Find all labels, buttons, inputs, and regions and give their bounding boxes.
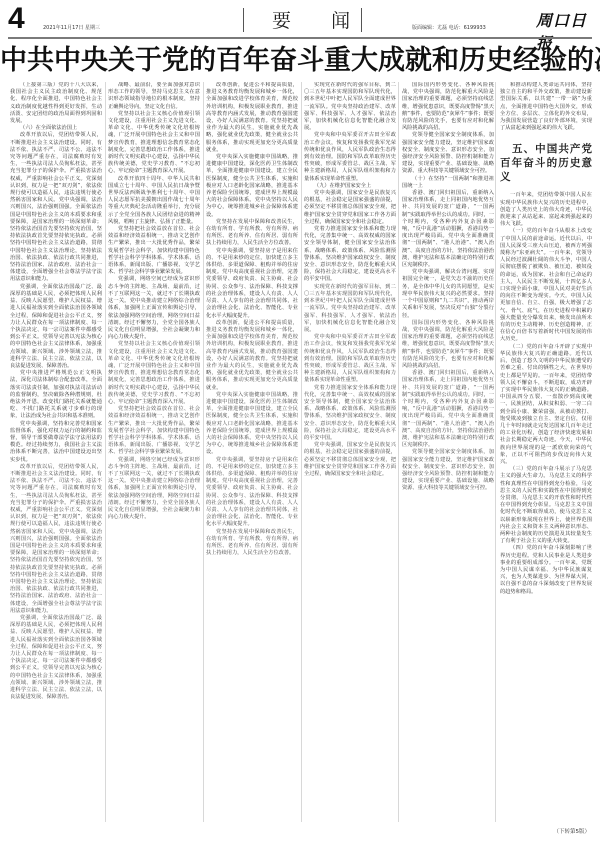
section-char-2: 闻 — [331, 6, 352, 33]
paragraph: 实现党在新时代的强军目标，到二〇三五年基本实现国防和军队现代化，到本世纪中叶把人… — [304, 284, 396, 334]
paragraph: 香港、澳门回归祖国后，重新纳入国家治理体系，走上同祖国内地优势互补、共同发展的宽… — [402, 190, 494, 269]
section-char-1: 要 — [272, 6, 293, 33]
paragraph: 党强调，全面依法治国最广泛、最深厚的基础是人民，必须把体现人民利益、反映人民愿望… — [10, 615, 102, 701]
subsection-heading: （九）在维护国家安全上 — [304, 183, 396, 190]
paragraph: （四）党的百年奋斗深刻影响了世界历史进程。党和人民事业是人类进步事业的重要组成部… — [500, 545, 592, 595]
paragraph: 香港、澳门回归祖国后，重新纳入国家治理体系，走上同祖国内地优势互补、共同发展的宽… — [402, 370, 494, 449]
paragraph: 国际国内形势变化、各种风险挑战，党中央强调，防范化解重大风险是国家治理的重要课题… — [402, 320, 494, 370]
main-headline: 中共中央关于党的百年奋斗重大成就和历史经验的决议 — [0, 44, 600, 78]
paragraph: 改革开放以后，党团结带领人民，不断推进社会主义法治建设。同时，有法不依、执法不严… — [10, 132, 102, 283]
paragraph: 党中央强调，要坚持房子是用来住的、不是用来炒的定位，加快建立多主体供给、多渠道保… — [206, 457, 298, 529]
paragraph: （上接第三版）党的十八大以来，我国社会主义民主政治制度化、规范化、程序化全面推进… — [10, 82, 102, 125]
paragraph: 实现党在新时代的强军目标，到二〇三五年基本实现国防和军队现代化，到本世纪中叶把人… — [304, 82, 396, 132]
paragraph: 党中央强调，解决台湾问题、实现祖国完全统一，是党矢志不渝的历史任务，是全体中华儿… — [402, 269, 494, 319]
paragraph: 党中央强调，坚持和完善党和国家监督体系，强化对权力运行的制约和监督，领导干部要做… — [10, 421, 102, 464]
paragraph: 党中央和中央军委召开古田全军政治工作会议，恢复和发扬我党我军光荣传统和优良作风，… — [304, 132, 396, 182]
article-column-6: 和推动构建人类命运共同体，坚持独立自主的和平外交政策，推动建设新型国际关系，以共… — [500, 82, 592, 822]
continued-note: （下转第5版） — [554, 827, 591, 835]
paragraph: 党坚持在发展中保障和改善民生，在幼有所育、学有所教、劳有所得、病有所医、老有所养… — [206, 219, 298, 248]
section-heading: 五、中国共产党百年奋斗的历史意义 — [500, 142, 592, 184]
masthead-rule — [8, 37, 592, 39]
publication-date: 2021年11月17日 星期三 — [43, 24, 100, 31]
paragraph: （一）党的百年奋斗从根本上改变了中国人民的前途命运。近代以后，中国人民深受三座大… — [500, 228, 592, 343]
paragraph: 党中央深入实施健康中国战略，推进健康中国建设，深化医药卫生体制改革，全面推进健康… — [206, 154, 298, 219]
paragraph: 一百年来，党团结带领中国人民在实现中华民族伟大复兴的历史进程中，创造了人类历史上… — [500, 192, 592, 228]
article-column-3: 改革创新，促进公平和提高质量，推进义务教育均衡发展和城乡一体化，全面加强和改进学… — [206, 82, 298, 822]
page-number: 4 — [8, 4, 25, 34]
paragraph: 改革创新，促进公平和提高质量，推进义务教育均衡发展和城乡一体化，全面加强和改进学… — [206, 320, 298, 392]
paragraph: 党中央强调，国家安全是民族复兴的根基，社会稳定是国家强盛的前提，必须坚定不移贯彻… — [304, 442, 396, 478]
paragraph: 党强调，网络空间已经成为意识形态斗争的主阵地、主战场、最前沿，过不了互联网这一关… — [108, 457, 200, 522]
paragraph: 党坚持把社会效益放在首位、社会效益和经济效益相统一，推动文艺创作生产繁荣，推出一… — [108, 406, 200, 456]
article-body: （上接第三版）党的十八大以来，我国社会主义民主政治制度化、规范化、程序化全面推进… — [10, 82, 592, 822]
subsection-heading: （十）在坚持“一国两制”和推进祖国统一上 — [402, 176, 494, 190]
paragraph: 改革创新，促进公平和提高质量，推进义务教育均衡发展和城乡一体化，全面加强和改进学… — [206, 82, 298, 154]
paragraph: 党强调，全面依法治国最广泛、最深厚的基础是人民，必须把体现人民利益、反映人民愿望… — [10, 284, 102, 370]
paragraph: 党中央强调，国家安全是民族复兴的根基，社会稳定是国家强盛的前提，必须坚定不移贯彻… — [304, 190, 396, 226]
editor-line: 版面编辑：尤磊 电话：6199933 — [412, 24, 486, 31]
paragraph: 党坚持在发展中保障和改善民生，在幼有所育、学有所教、劳有所得、病有所医、老有所养… — [206, 529, 298, 558]
paragraph: 和推动构建人类命运共同体，坚持独立自主的和平外交政策，推动建设新型国际关系，以共… — [500, 82, 592, 132]
paragraph: 改革开放四十周年、中华人民共和国成立七十周年、中国人民抗日战争暨世界反法西斯战争… — [108, 176, 200, 226]
paragraph: 党中央强调，要坚持房子是用来住的、不是用来炒的定位，加快建立多主体供给、多渠道保… — [206, 248, 298, 320]
paragraph: （二）党的百年奋斗开辟了实现中华民族伟大复兴的正确道路。近代以后，创造了悠久文明… — [500, 344, 592, 466]
paragraph: 党着力推进国家安全体系和能力现代化，完善集中统一、高效权威的国家安全领导体制，健… — [304, 385, 396, 443]
paragraph: 战略、最前沿，要全面加强对意识形态工作的领导，坚持马克思主义在意识形态领域指导地… — [108, 82, 200, 111]
paragraph: 党中央和中央军委召开古田全军政治工作会议，恢复和发扬我党我军光荣传统和优良作风，… — [304, 334, 396, 384]
paragraph: 党着力推进国家安全体系和能力现代化，完善集中统一、高效权威的国家安全领导体制，健… — [304, 226, 396, 284]
masthead-divider-right — [361, 8, 362, 32]
paragraph: 党坚持以社会主义核心价值观引领文化建设，注重用社会主义先进文化、革命文化、中华优… — [108, 341, 200, 406]
paragraph: 党中央推进严格规范公正文明执法，深化司法体制综合配套改革，全面落实司法责任制，加… — [10, 370, 102, 420]
paragraph: （三）党的百年奋斗展示了马克思主义的强大生命力。马克思主义的科学性和真理性在中国… — [500, 466, 592, 545]
masthead-divider-left — [243, 8, 244, 32]
paragraph: 党强调，网络空间已经成为意识形态斗争的主阵地、主战场、最前沿，过不了互联网这一关… — [108, 276, 200, 341]
paragraph: 党中央深入实施健康中国战略，推进健康中国建设，深化医药卫生体制改革，全面推进健康… — [206, 392, 298, 457]
paragraph: 改革开放以后，党团结带领人民，不断推进社会主义法治建设。同时，有法不依、执法不严… — [10, 464, 102, 615]
article-column-2: 战略、最前沿，要全面加强对意识形态工作的领导，坚持马克思主义在意识形态领域指导地… — [108, 82, 200, 822]
section-title: 要 闻 — [272, 6, 352, 33]
article-column-4: 实现党在新时代的强军目标，到二〇三五年基本实现国防和军队现代化，到本世纪中叶把人… — [304, 82, 396, 822]
paragraph: 党领导健全国家安全制度体系，加强国家安全能力建设，坚定维护国家政权安全、制度安全… — [402, 132, 494, 175]
paragraph: 国际国内形势变化、各种风险挑战，党中央强调，防范化解重大风险是国家治理的重要课题… — [402, 82, 494, 132]
article-column-5: 国际国内形势变化、各种风险挑战，党中央强调，防范化解重大风险是国家治理的重要课题… — [402, 82, 494, 822]
masthead: 4 2021年11月17日 星期三 要 闻 版面编辑：尤磊 电话：6199933… — [0, 0, 600, 38]
paragraph: 党坚持以社会主义核心价值观引领文化建设，注重用社会主义先进文化、革命文化、中华优… — [108, 111, 200, 176]
paragraph: 党坚持把社会效益放在首位、社会效益和经济效益相统一，推动文艺创作生产繁荣，推出一… — [108, 226, 200, 276]
paragraph: 党领导健全国家安全制度体系，加强国家安全能力建设，坚定维护国家政权安全、制度安全… — [402, 449, 494, 492]
article-column-1: （上接第三版）党的十八大以来，我国社会主义民主政治制度化、规范化、程序化全面推进… — [10, 82, 102, 822]
